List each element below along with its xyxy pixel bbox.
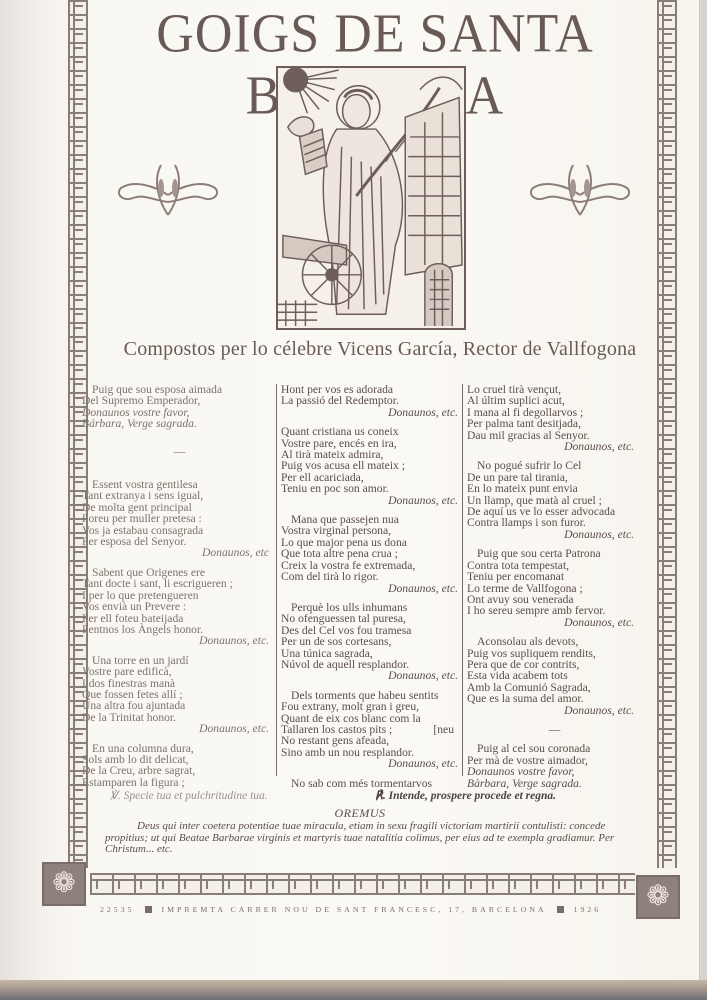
stanza: Puig que sou certa Patrona Contra tota t… [467, 548, 642, 628]
stanza: Puig que sou esposa aimada Del Supremo E… [82, 384, 277, 430]
refrain: Donaunos, etc. [82, 635, 277, 646]
stanza: Mana que passejen nua Vostra virginal pe… [281, 514, 466, 594]
refrain: Donaunos, etc. [281, 495, 466, 506]
refrain: Donaunos, etc. [467, 529, 642, 540]
response: ℟. Intende, prospere procede et regna. [375, 788, 556, 802]
section-dash: — [82, 446, 277, 457]
refrain: Donaunos, etc [82, 547, 277, 558]
ornament-square-icon [145, 906, 152, 913]
floral-corner-icon: ❁ [42, 862, 86, 906]
verse-line: Vostre pare edificà, [82, 666, 277, 677]
verse-column-3: Lo cruel tirà vençut, Al últim suplici a… [462, 384, 642, 776]
stanza: Sabent que Origenes ere Tant docte i san… [82, 567, 277, 647]
verse-line: Quant cristiana us coneix [281, 426, 466, 437]
oremus-prayer: Deus qui inter coetera potentiae tuae mi… [105, 821, 625, 856]
stanza: Lo cruel tirà vençut, Al últim suplici a… [467, 384, 642, 452]
stanza: Aconsolau als devots, Puig vos supliquem… [467, 636, 642, 716]
stanza: En una columna dura, Sols amb lo dit del… [82, 743, 277, 789]
refrain: Donaunos, etc. [82, 723, 277, 734]
refrain: Donaunos, etc. [281, 670, 466, 681]
stanza: Una torre en un jardí Vostre pare edific… [82, 655, 277, 735]
verse-line: Estamparen la figura ; [82, 777, 277, 788]
line-wrap-note: [neu [433, 724, 454, 735]
oremus-heading: OREMUS [100, 806, 620, 821]
refrain: Donaunos, etc. [281, 407, 466, 418]
section-dash: — [467, 724, 642, 735]
verse-line: Bárbara, Verge sagrada. [82, 418, 277, 429]
refrain: Donaunos, etc. [467, 705, 642, 716]
verses-columns: Puig que sou esposa aimada Del Supremo E… [82, 384, 642, 774]
fleur-flourish-icon [113, 160, 223, 220]
verse-line: Aconsolau als devots, [467, 636, 642, 647]
stanza: No pogué sufrir lo Cel De un pare tal ti… [467, 460, 642, 540]
verse-line: Puig que sou certa Patrona [467, 548, 642, 559]
santa-barbara-woodcut-image [276, 66, 466, 330]
page-sheet: ❁ ❁ GOIGS DE SANTA BÁRBARA [0, 0, 700, 988]
verse-line: Fou extrany, molt gran i greu, [281, 701, 466, 712]
verse-line: En lo mateix punt envia [467, 483, 642, 494]
greek-key-border-right [657, 0, 677, 868]
stanza: Dels torments que habeu sentits Fou extr… [281, 690, 466, 770]
stanza: Hont per vos es adorada La passió del Re… [281, 384, 466, 418]
subtitle: Compostos per lo célebre Vicens García, … [100, 338, 660, 361]
verse-line: Que tota altre pena crua ; [281, 548, 466, 559]
imprint-number: 22535 [100, 905, 135, 914]
imprint-year: 1926 [574, 905, 602, 914]
verse-line: Foreu per muller pretesa : [82, 513, 277, 524]
stanza: Quant cristiana us coneix Vostre pare, e… [281, 426, 466, 506]
page-stack-edge [0, 980, 707, 1000]
stanza: Essent vostra gentilesa Tant extranya i … [82, 479, 277, 559]
verse-line: Donaunos vostre favor, [467, 766, 642, 777]
greek-key-border-bottom [90, 873, 635, 895]
printer-imprint: 22535 IMPREMTA CARRER NOU DE SANT FRANCE… [100, 905, 630, 914]
refrain: Donaunos, etc. [281, 758, 466, 769]
refrain: Donaunos, etc. [467, 441, 642, 452]
verse-line: Per un de sos cortesans, [281, 636, 466, 647]
verse-line: Vos envià un Prevere : [82, 601, 277, 612]
stanza: Perquè los ulls inhumans No ofenguessen … [281, 602, 466, 682]
versicle: ℣. Specie tua et pulchritudine tua. [110, 788, 268, 802]
refrain: Donaunos, etc. [467, 617, 642, 628]
verse-line: Teniu per encomanat [467, 571, 642, 582]
stanza: Puig al cel sou coronada Per mà de vostr… [467, 743, 642, 789]
verse-column-1: Puig que sou esposa aimada Del Supremo E… [82, 384, 277, 796]
ornament-square-icon [557, 906, 564, 913]
fleur-flourish-icon [525, 160, 635, 220]
verse-column-2: Hont per vos es adorada La passió del Re… [276, 384, 466, 776]
refrain: Donaunos, etc. [281, 583, 466, 594]
verse-line: Tant docte i sant, li escrigueren ; [82, 578, 277, 589]
verse-line: Tallaren los castos pits ; [281, 723, 392, 736]
floral-corner-icon: ❁ [636, 875, 680, 919]
verse-line: Per palma tant desitjada, [467, 418, 642, 429]
verse-line: No ofenguessen tal puresa, [281, 613, 466, 624]
imprint-text: IMPREMTA CARRER NOU DE SANT FRANCESC, 17… [162, 905, 547, 914]
